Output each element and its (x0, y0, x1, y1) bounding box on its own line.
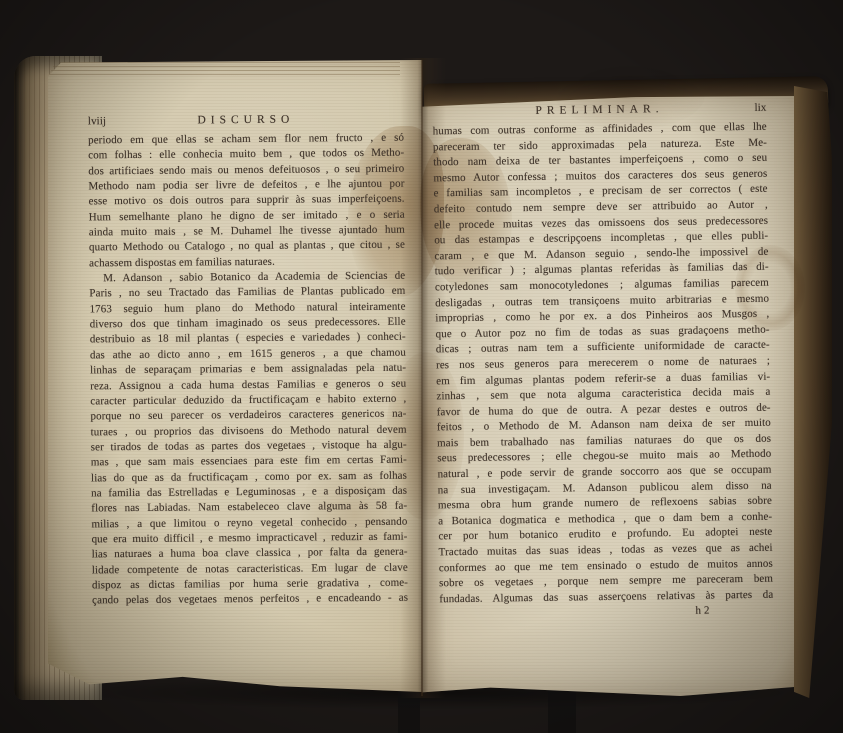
left-page-text: lviij DISCURSO periodo em que ellas se a… (88, 113, 408, 609)
left-page-number: lviij (88, 115, 144, 127)
text-line: quarto Methodo ou Catalogo , no qual as … (89, 238, 405, 256)
left-page-lines: periodo em que ellas se acham sem flor n… (88, 131, 408, 609)
header-spacer (433, 115, 489, 116)
gutter-crease (421, 60, 423, 696)
right-page-lines: humas com outras conforme as affinidades… (433, 120, 774, 608)
cradle-bar (548, 686, 576, 733)
right-page-number: lix (710, 102, 766, 115)
left-page-corner-edges (50, 62, 400, 75)
left-running-title: DISCURSO (144, 113, 348, 127)
right-fore-edge (794, 86, 832, 698)
text-line: çando pelas dos vegetaes menos perfeitos… (92, 591, 408, 609)
book-photo-scene: lviij DISCURSO periodo em que ellas se a… (0, 0, 843, 733)
right-page-text: PRELIMINAR. lix humas com outras conform… (432, 102, 773, 624)
right-running-title: PRELIMINAR. (488, 102, 710, 117)
